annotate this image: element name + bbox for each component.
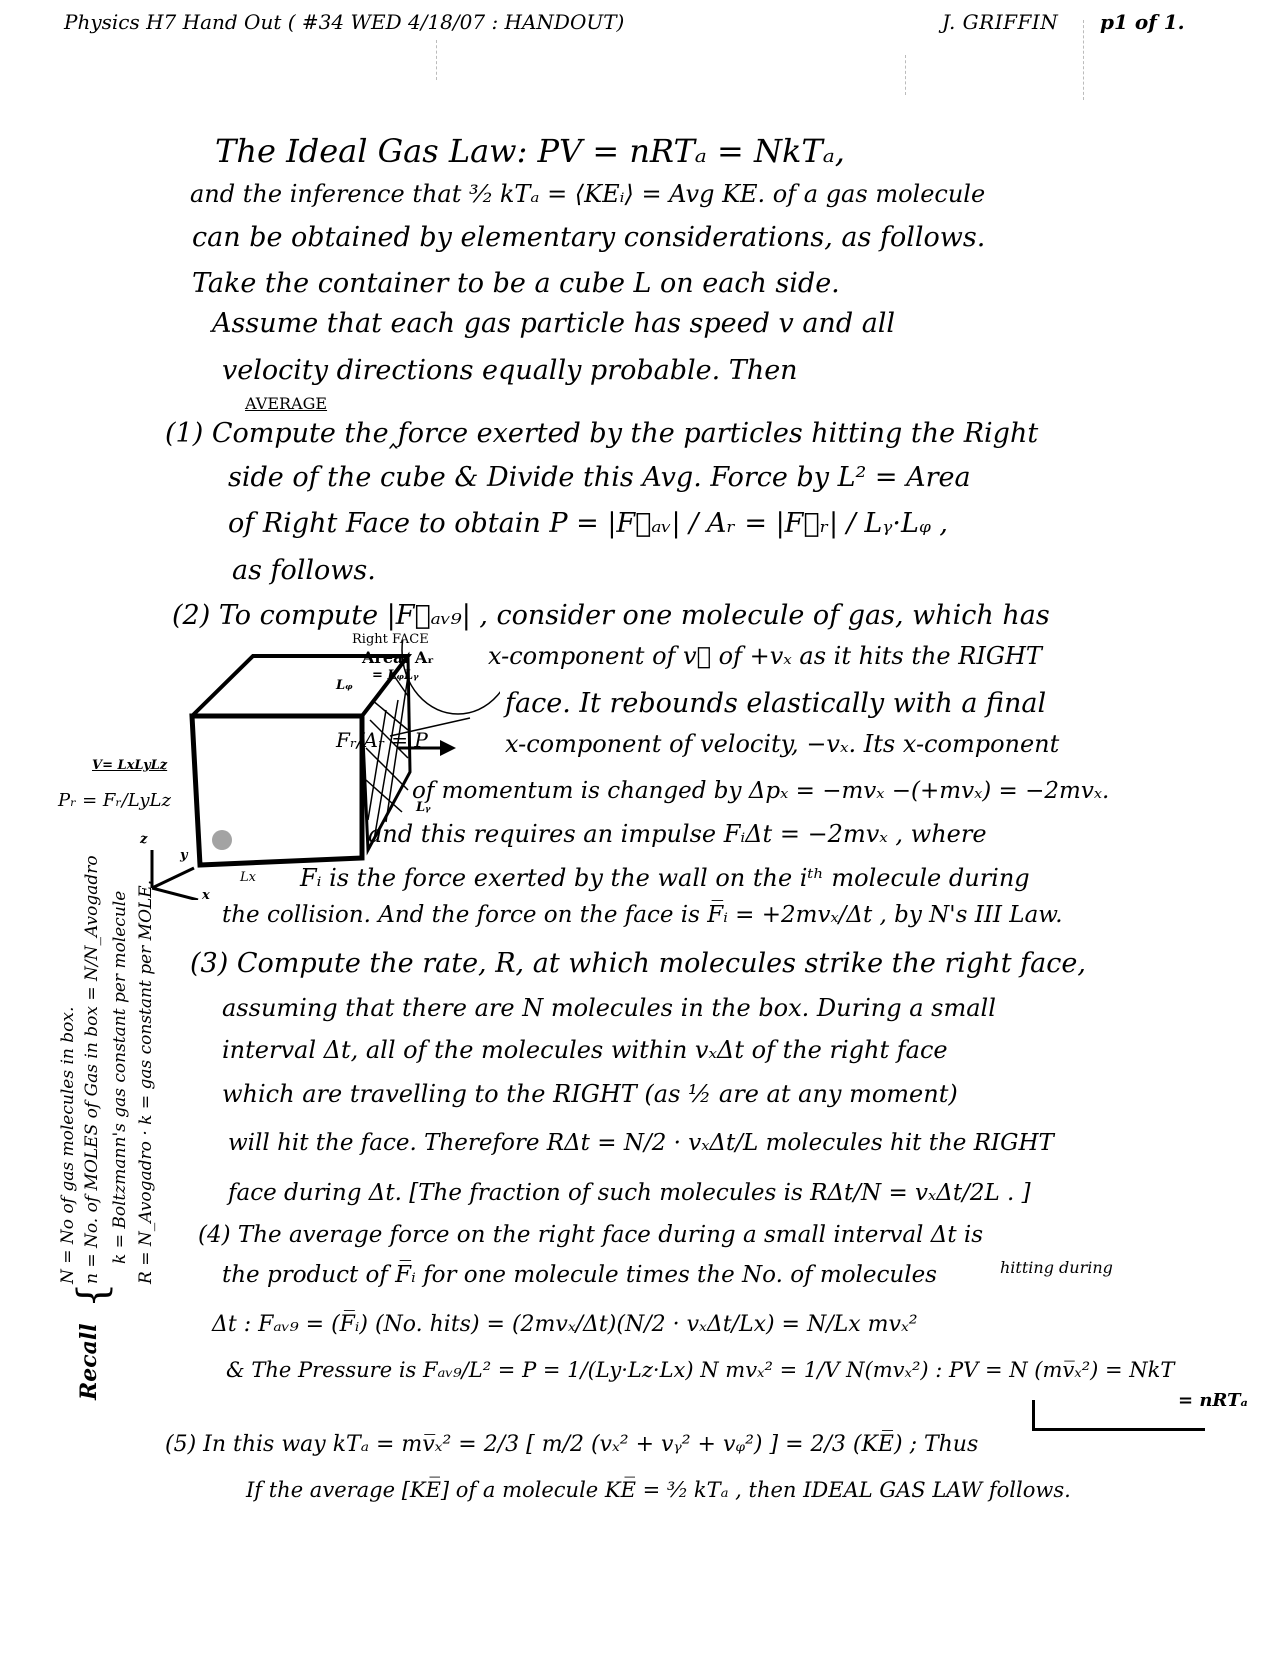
step2-line-5: of momentum is changed by Δpₓ = −mvₓ −(+… xyxy=(412,778,1109,804)
step3-line-2: assuming that there are N molecules in t… xyxy=(222,994,996,1022)
intro-line-4: Take the container to be a cube L on eac… xyxy=(192,268,840,299)
step4-hitting-during: hitting during xyxy=(1000,1258,1113,1277)
step2-line-4: x-component of velocity, −vₓ. Its x-comp… xyxy=(505,730,1059,758)
step3-line-1: (3) Compute the rate, R, at which molecu… xyxy=(190,948,1086,979)
page-number: p1 of 1. xyxy=(1100,10,1185,34)
scan-artifact xyxy=(1083,20,1084,100)
cube-drawing xyxy=(140,640,500,900)
label-lz: Lᵩ xyxy=(336,678,353,693)
step4-line-4: & The Pressure is Fₐᵥ₉/L² = P = 1/(Ly·Lz… xyxy=(226,1358,1174,1382)
cube-diagram: Right FACE Area: Aᵣ = LᵩLᵧ Lᵩ Lᵧ Lx Fᵣ/A… xyxy=(140,640,500,900)
force-over-area-label: Fᵣ/Aᵣ = P xyxy=(336,728,428,752)
pressure-label: Pᵣ = Fᵣ/LyLz xyxy=(58,790,171,811)
handout-title: Physics H7 Hand Out ( #34 WED 4/18/07 : … xyxy=(64,10,624,34)
scan-artifact xyxy=(905,55,906,95)
step1-line-3: of Right Face to obtain P = |F⃗ₐᵥ| / Aᵣ … xyxy=(228,508,948,539)
recall-label: Recall xyxy=(76,1323,102,1400)
step5-line-2: If the average [KE̅] of a molecule KE̅ =… xyxy=(246,1478,1071,1502)
bubble-label-line-1: Right FACE xyxy=(352,632,429,647)
step4-line-2: the product of F̅ᵢ for one molecule time… xyxy=(222,1262,937,1288)
axis-x-label: x xyxy=(202,888,210,903)
label-lx: Lx xyxy=(240,870,256,885)
intro-line-2: and the inference that ³⁄₂ kTₐ = ⟨KEᵢ⟩ =… xyxy=(190,180,985,208)
brace-icon: { xyxy=(70,1283,116,1308)
average-insert-note: AVERAGE xyxy=(245,394,327,413)
recall-line-3: k = Boltzmann's gas constant per molecul… xyxy=(110,891,130,1264)
step2-line-1: (2) To compute |F⃗ₐᵥ₉| , consider one mo… xyxy=(172,600,1050,631)
volume-label: V= LxLyLz xyxy=(92,758,167,773)
author-name: J. GRIFFIN xyxy=(942,10,1058,34)
intro-line-1: The Ideal Gas Law: PV = nRTₐ = NkTₐ, xyxy=(215,132,845,170)
step2-line-8: the collision. And the force on the face… xyxy=(222,902,1063,928)
step1-line-2: side of the cube & Divide this Avg. Forc… xyxy=(228,462,971,493)
step2-line-3: face. It rebounds elastically with a fin… xyxy=(505,688,1046,719)
step3-line-3: interval Δt, all of the molecules within… xyxy=(222,1036,948,1064)
scan-artifact xyxy=(436,40,437,80)
step3-line-5: will hit the face. Therefore RΔt = N/2 ·… xyxy=(228,1130,1054,1156)
step2-line-2: x-component of v⃗ of +vₓ as it hits the … xyxy=(488,642,1042,670)
step1-line-1: (1) Compute the‸force exerted by the par… xyxy=(165,418,1038,449)
step4-line-3: Δt : Fₐᵥ₉ = (F̅ᵢ) (No. hits) = (2mvₓ/Δt)… xyxy=(212,1312,918,1337)
recall-line-1: N = No of gas molecules in box. xyxy=(58,1007,78,1284)
step4-line-1: (4) The average force on the right face … xyxy=(198,1222,983,1248)
intro-line-6: velocity directions equally probable. Th… xyxy=(222,355,798,386)
axis-z-label: z xyxy=(140,832,147,847)
recall-margin-note: Recall { N = No of gas molecules in box.… xyxy=(48,920,198,1400)
intro-line-5: Assume that each gas particle has speed … xyxy=(212,308,895,339)
label-ly: Lᵧ xyxy=(416,800,431,815)
step3-line-4: which are travelling to the RIGHT (as ½ … xyxy=(222,1080,958,1108)
step5-line-1: (5) In this way kTₐ = mv̅ₓ² = 2/3 [ m/2 … xyxy=(165,1432,978,1457)
intro-line-3: can be obtained by elementary considerat… xyxy=(192,222,985,253)
recall-line-4: R = N_Avogadro · k = gas constant per MO… xyxy=(136,880,156,1284)
bubble-label-line-2: Area: Aᵣ xyxy=(362,648,434,667)
step1-line-4: as follows. xyxy=(232,555,376,586)
bubble-label-line-3: = LᵩLᵧ xyxy=(372,668,419,683)
step3-line-6: face during Δt. [The fraction of such mo… xyxy=(228,1180,1031,1206)
axis-y-label: y xyxy=(180,848,188,863)
recall-line-2: n = No. of MOLES of Gas in box = N/N_Avo… xyxy=(82,855,102,1284)
step4-boxed-result: = nRTₐ xyxy=(1178,1390,1248,1411)
